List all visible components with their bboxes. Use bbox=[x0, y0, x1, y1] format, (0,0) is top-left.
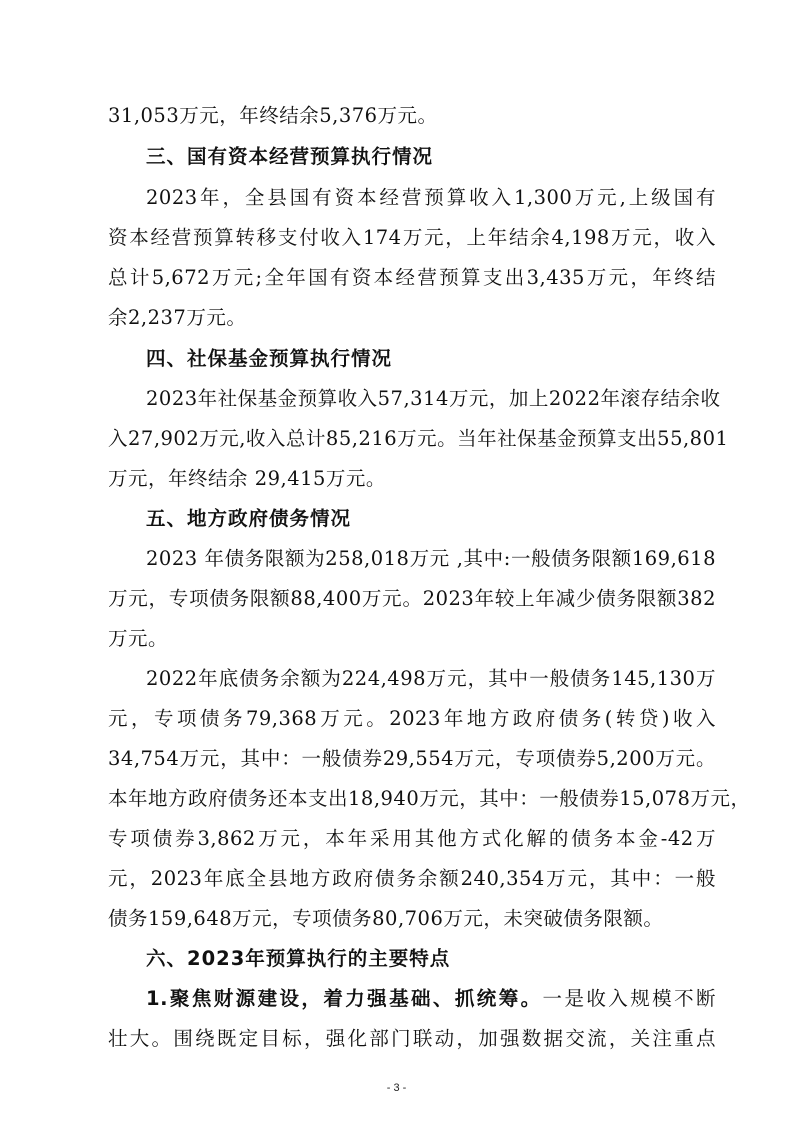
section-heading-social-security: 四、社保基金预算执行情况 bbox=[146, 340, 392, 378]
paragraph-line: 万元。 bbox=[108, 620, 716, 658]
paragraph-line: 万元，专项债务限额88,400万元。2023年较上年减少债务限额382 bbox=[108, 580, 716, 618]
section-heading-key-features: 六、2023年预算执行的主要特点 bbox=[146, 940, 450, 978]
page-number: - 3 - bbox=[0, 1082, 793, 1094]
point-text: 一是收入规模不断 bbox=[543, 987, 716, 1010]
paragraph-line: 总计5,672万元;全年国有资本经营预算支出3,435万元，年终结 bbox=[108, 259, 716, 297]
paragraph-line: 31,053万元，年终结余5,376万元。 bbox=[108, 97, 716, 135]
paragraph-line: 本年地方政府债务还本支出18,940万元，其中：一般债券15,078万元， bbox=[108, 780, 716, 818]
paragraph-line: 2023年，全县国有资本经营预算收入1,300万元,上级国有 bbox=[146, 179, 716, 217]
paragraph-line: 元，专项债务79,368万元。2023年地方政府债务(转贷)收入 bbox=[108, 700, 716, 738]
paragraph-line: 万元，年终结余 29,415万元。 bbox=[108, 460, 716, 498]
paragraph-line: 债务159,648万元，专项债务80,706万元，未突破债务限额。 bbox=[108, 900, 716, 938]
paragraph-line: 2022年底债务余额为224,498万元，其中一般债务145,130万 bbox=[146, 660, 716, 698]
paragraph-line: 专项债券3,862万元，本年采用其他方式化解的债务本金-42万 bbox=[108, 820, 716, 858]
paragraph-line: 2023 年债务限额为258,018万元 ,其中:一般债务限额169,618 bbox=[146, 540, 716, 578]
paragraph-line: 34,754万元，其中：一般债券29,554万元，专项债券5,200万元。 bbox=[108, 740, 716, 778]
document-page: 31,053万元，年终结余5,376万元。 三、国有资本经营预算执行情况 202… bbox=[0, 0, 793, 1122]
point-title: 1.聚焦财源建设，着力强基础、抓统筹。 bbox=[146, 987, 543, 1010]
paragraph-line: 壮大。围绕既定目标，强化部门联动，加强数据交流，关注重点 bbox=[108, 1020, 716, 1058]
paragraph-line: 元，2023年底全县地方政府债务余额240,354万元，其中：一般 bbox=[108, 860, 716, 898]
paragraph-line: 1.聚焦财源建设，着力强基础、抓统筹。一是收入规模不断 bbox=[146, 980, 716, 1018]
paragraph-line: 资本经营预算转移支付收入174万元，上年结余4,198万元，收入 bbox=[108, 219, 716, 257]
paragraph-line: 余2,237万元。 bbox=[108, 299, 716, 337]
paragraph-line: 入27,902万元,收入总计85,216万元。当年社保基金预算支出55,801 bbox=[108, 420, 716, 458]
section-heading-state-capital: 三、国有资本经营预算执行情况 bbox=[146, 138, 433, 176]
section-heading-local-debt: 五、地方政府债务情况 bbox=[146, 500, 351, 538]
paragraph-line: 2023年社保基金预算收入57,314万元，加上2022年滚存结余收 bbox=[146, 380, 716, 418]
